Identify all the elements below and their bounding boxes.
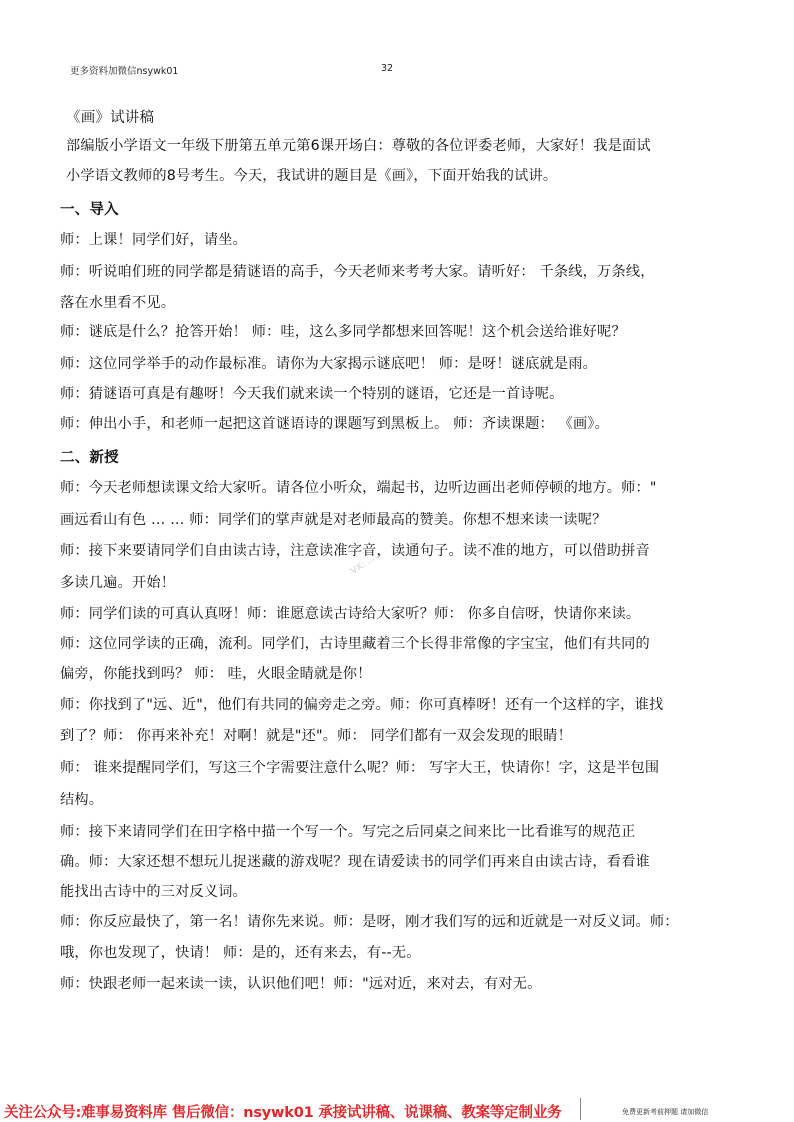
document-title: 《画》试讲稿 (66, 106, 154, 127)
text-line: 师：你找到了"远、近"，他们有共同的偏旁走之旁。师：你可真棒呀！还有一个这样的字… (60, 694, 663, 714)
text-line: 师： 谁来提醒同学们，写这三个字需要注意什么呢？师： 写字大王，快请你！字，这是… (60, 757, 659, 777)
page-number: 32 (381, 63, 393, 74)
text-line: 画远看山有色 … … 师：同学们的掌声就是对老师最高的赞美。你想不想来读一读呢？ (60, 509, 606, 529)
text-line: 师：快跟老师一起来读一读，认识他们吧！师："远对近，来对去，有对无。 (60, 973, 542, 993)
text-line: 师：猜谜语可真是有趣呀！今天我们就来读一个特别的谜语，它还是一首诗呢。 (60, 383, 564, 403)
text-line: 能找出古诗中的三对反义词。 (60, 881, 247, 901)
header-wechat-note: 更多资料加微信nsywk01 (70, 63, 178, 77)
text-line: 师：伸出小手，和老师一起把这首谜语诗的课题写到黑板上。 师：齐读课题： 《画》。 (60, 413, 609, 433)
text-line: 师：接下来要请同学们自由读古诗，注意读准字音，读通句子。读不准的地方，可以借助拼… (60, 540, 650, 560)
text-line: 落在水里看不见。 (60, 292, 175, 312)
text-line: 确。师：大家还想不想玩儿捉迷藏的游戏呢？现在请爱读书的同学们再来自由读古诗，看看… (60, 851, 650, 871)
text-line: 师：今天老师想读课文给大家听。请各位小听众，端起书，边听边画出老师停顿的地方。师… (60, 477, 657, 497)
footer-small-note: 免费更新考前押题 请加微信 (622, 1107, 708, 1117)
text-line: 师：同学们读的可真认真呀！师：谁愿意读古诗给大家听？师： 你多自信呀，快请你来读… (60, 603, 640, 623)
text-line: 结构。 (60, 789, 103, 809)
text-line: 偏旁，你能找到吗？ 师： 哇，火眼金睛就是你！ (60, 663, 372, 683)
section-heading-new-lesson: 二、新授 (60, 446, 119, 467)
text-line: 师：这位同学举手的动作最标准。请你为大家揭示谜底吧！ 师：是呀！谜底就是雨。 (60, 353, 597, 373)
text-line: 到了？师： 你再来补充！对啊！就是"还"。师： 同学们都有一双会发现的眼睛！ (60, 725, 572, 745)
text-line: 部编版小学语文一年级下册第五单元第6课开场白：尊敬的各位评委老师，大家好！我是面… (66, 135, 651, 155)
text-line: 师：听说咱们班的同学都是猜谜语的高手，今天老师来考考大家。请听好： 千条线，万条… (60, 261, 655, 281)
text-line: 多读几遍。开始！ (60, 572, 175, 592)
text-line: 师：接下来请同学们在田字格中描一个写一个。写完之后同桌之间来比一比看谁写的规范正 (60, 821, 636, 841)
text-line: 师：这位同学读的正确，流利。同学们，古诗里藏着三个长得非常像的字宝宝，他们有共同… (60, 633, 650, 653)
text-line: 师：谜底是什么？抢答开始！ 师：哇，这么多同学都想来回答呢！这个机会送给谁好呢？ (60, 321, 626, 341)
footer-divider (580, 1098, 581, 1120)
section-heading-intro: 一、导入 (60, 198, 119, 219)
text-line: 小学语文教师的8号考生。今天，我试讲的题目是《画》，下面开始我的试讲。 (66, 165, 557, 185)
text-line: 师：你反应最快了，第一名！请你先来说。师：是呀，刚才我们写的远和近就是一对反义词… (60, 911, 679, 931)
text-line: 哦，你也发现了，快请！ 师：是的，还有来去，有--无。 (60, 942, 421, 962)
footer-banner: 关注公众号:难事易资料库 售后微信：nsywk01 承接试讲稿、说课稿、教案等定… (0, 1098, 794, 1122)
footer-promo-text: 关注公众号:难事易资料库 售后微信：nsywk01 承接试讲稿、说课稿、教案等定… (4, 1101, 561, 1122)
text-line: 师：上课！同学们好，请坐。 (60, 229, 247, 249)
